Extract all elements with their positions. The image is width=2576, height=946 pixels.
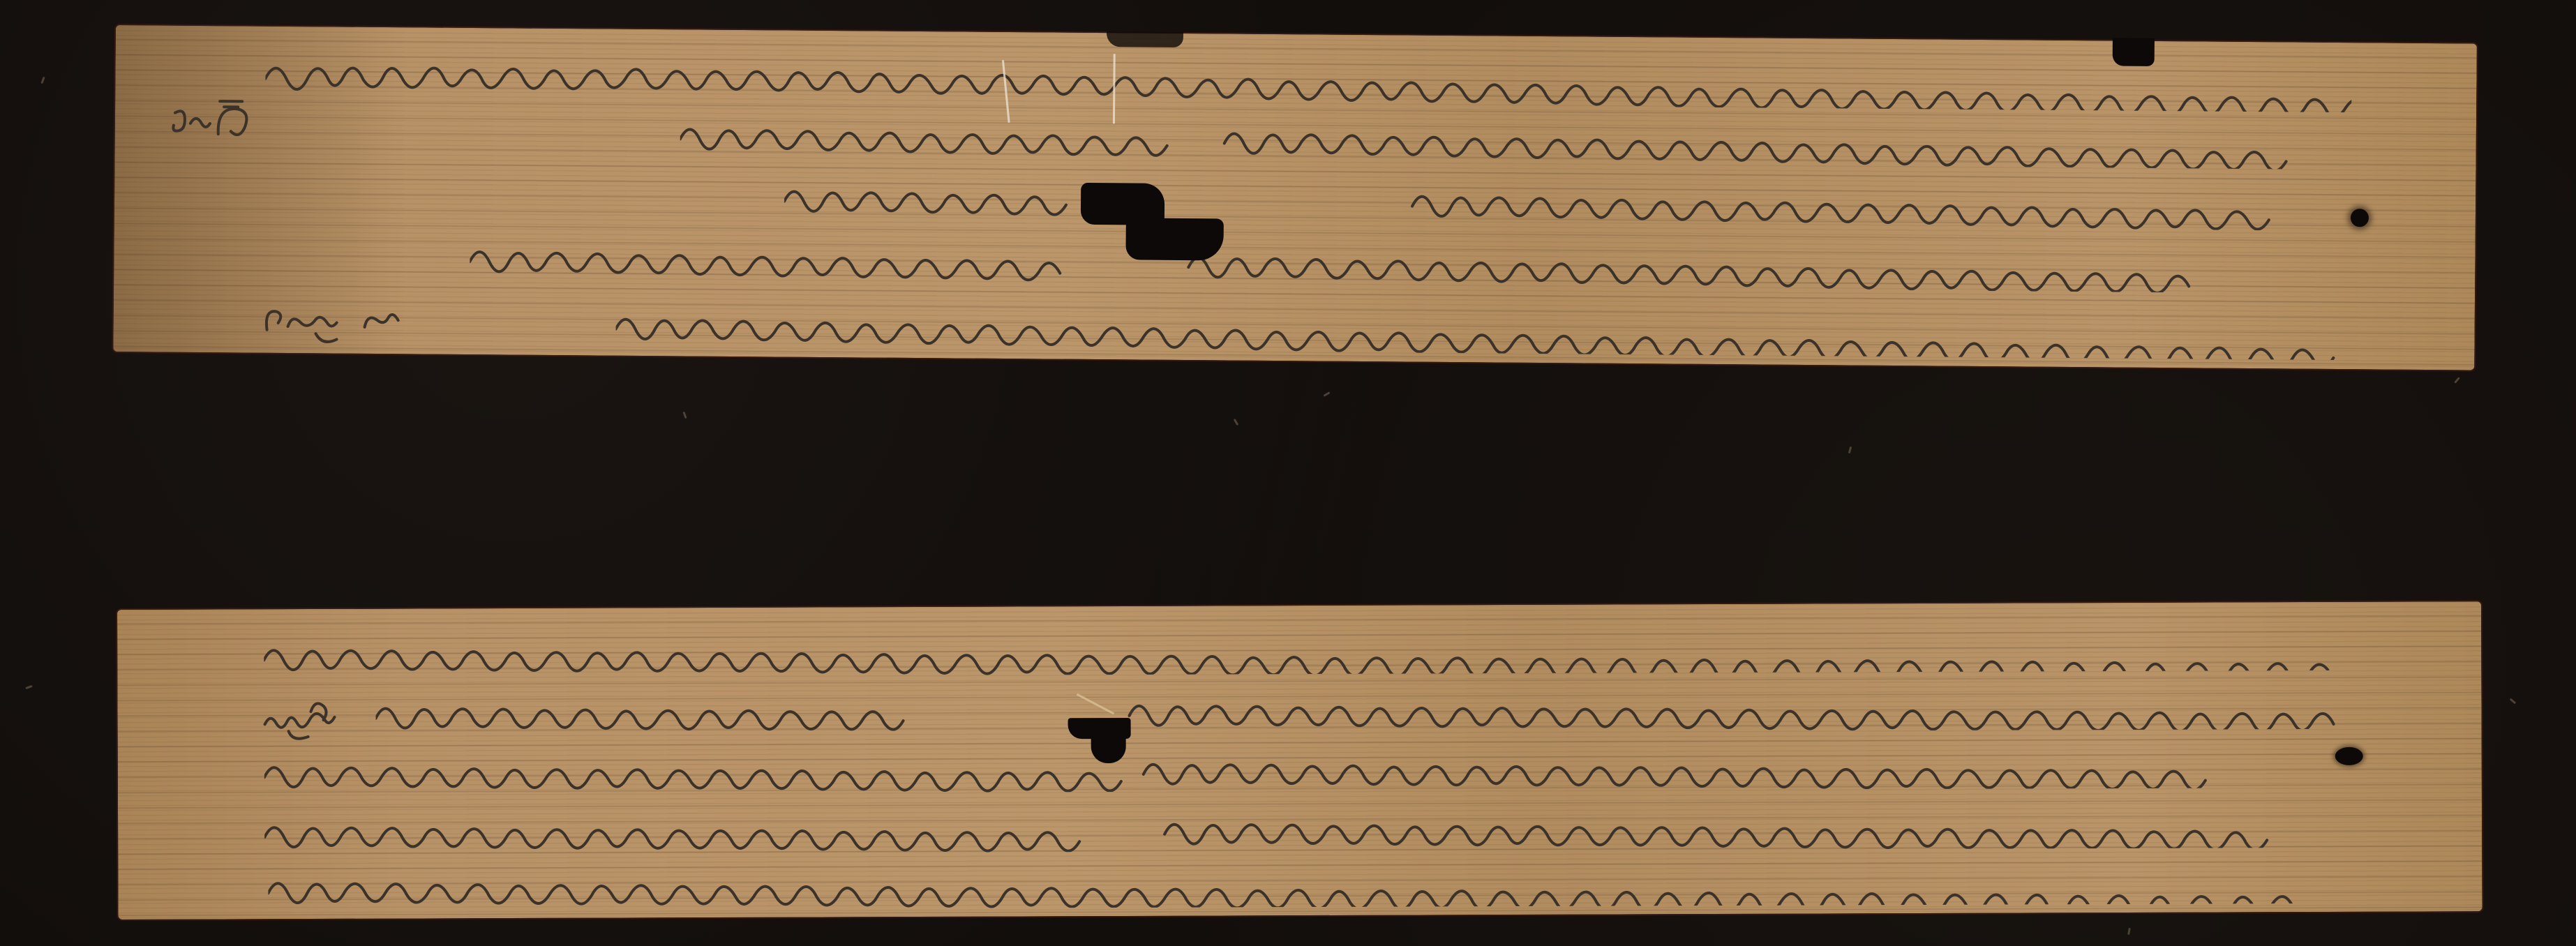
margin-folio-label (170, 96, 268, 145)
string-hole (2351, 209, 2369, 227)
script-line-5 (268, 855, 2333, 910)
string-hole (2335, 747, 2363, 765)
script-line-1 (264, 622, 2329, 677)
top-edge-notch (2113, 38, 2155, 66)
top-edge-notch (1107, 31, 1183, 47)
margin-folio-label (260, 292, 414, 349)
palm-leaf-lower (117, 601, 2483, 919)
margin-folio-label (260, 696, 344, 745)
damage-hole (1125, 218, 1223, 260)
palm-leaf-upper (113, 25, 2477, 370)
script-line-2 (375, 680, 2385, 736)
script-line-3 (264, 739, 2330, 795)
script-line-4 (264, 799, 2330, 855)
